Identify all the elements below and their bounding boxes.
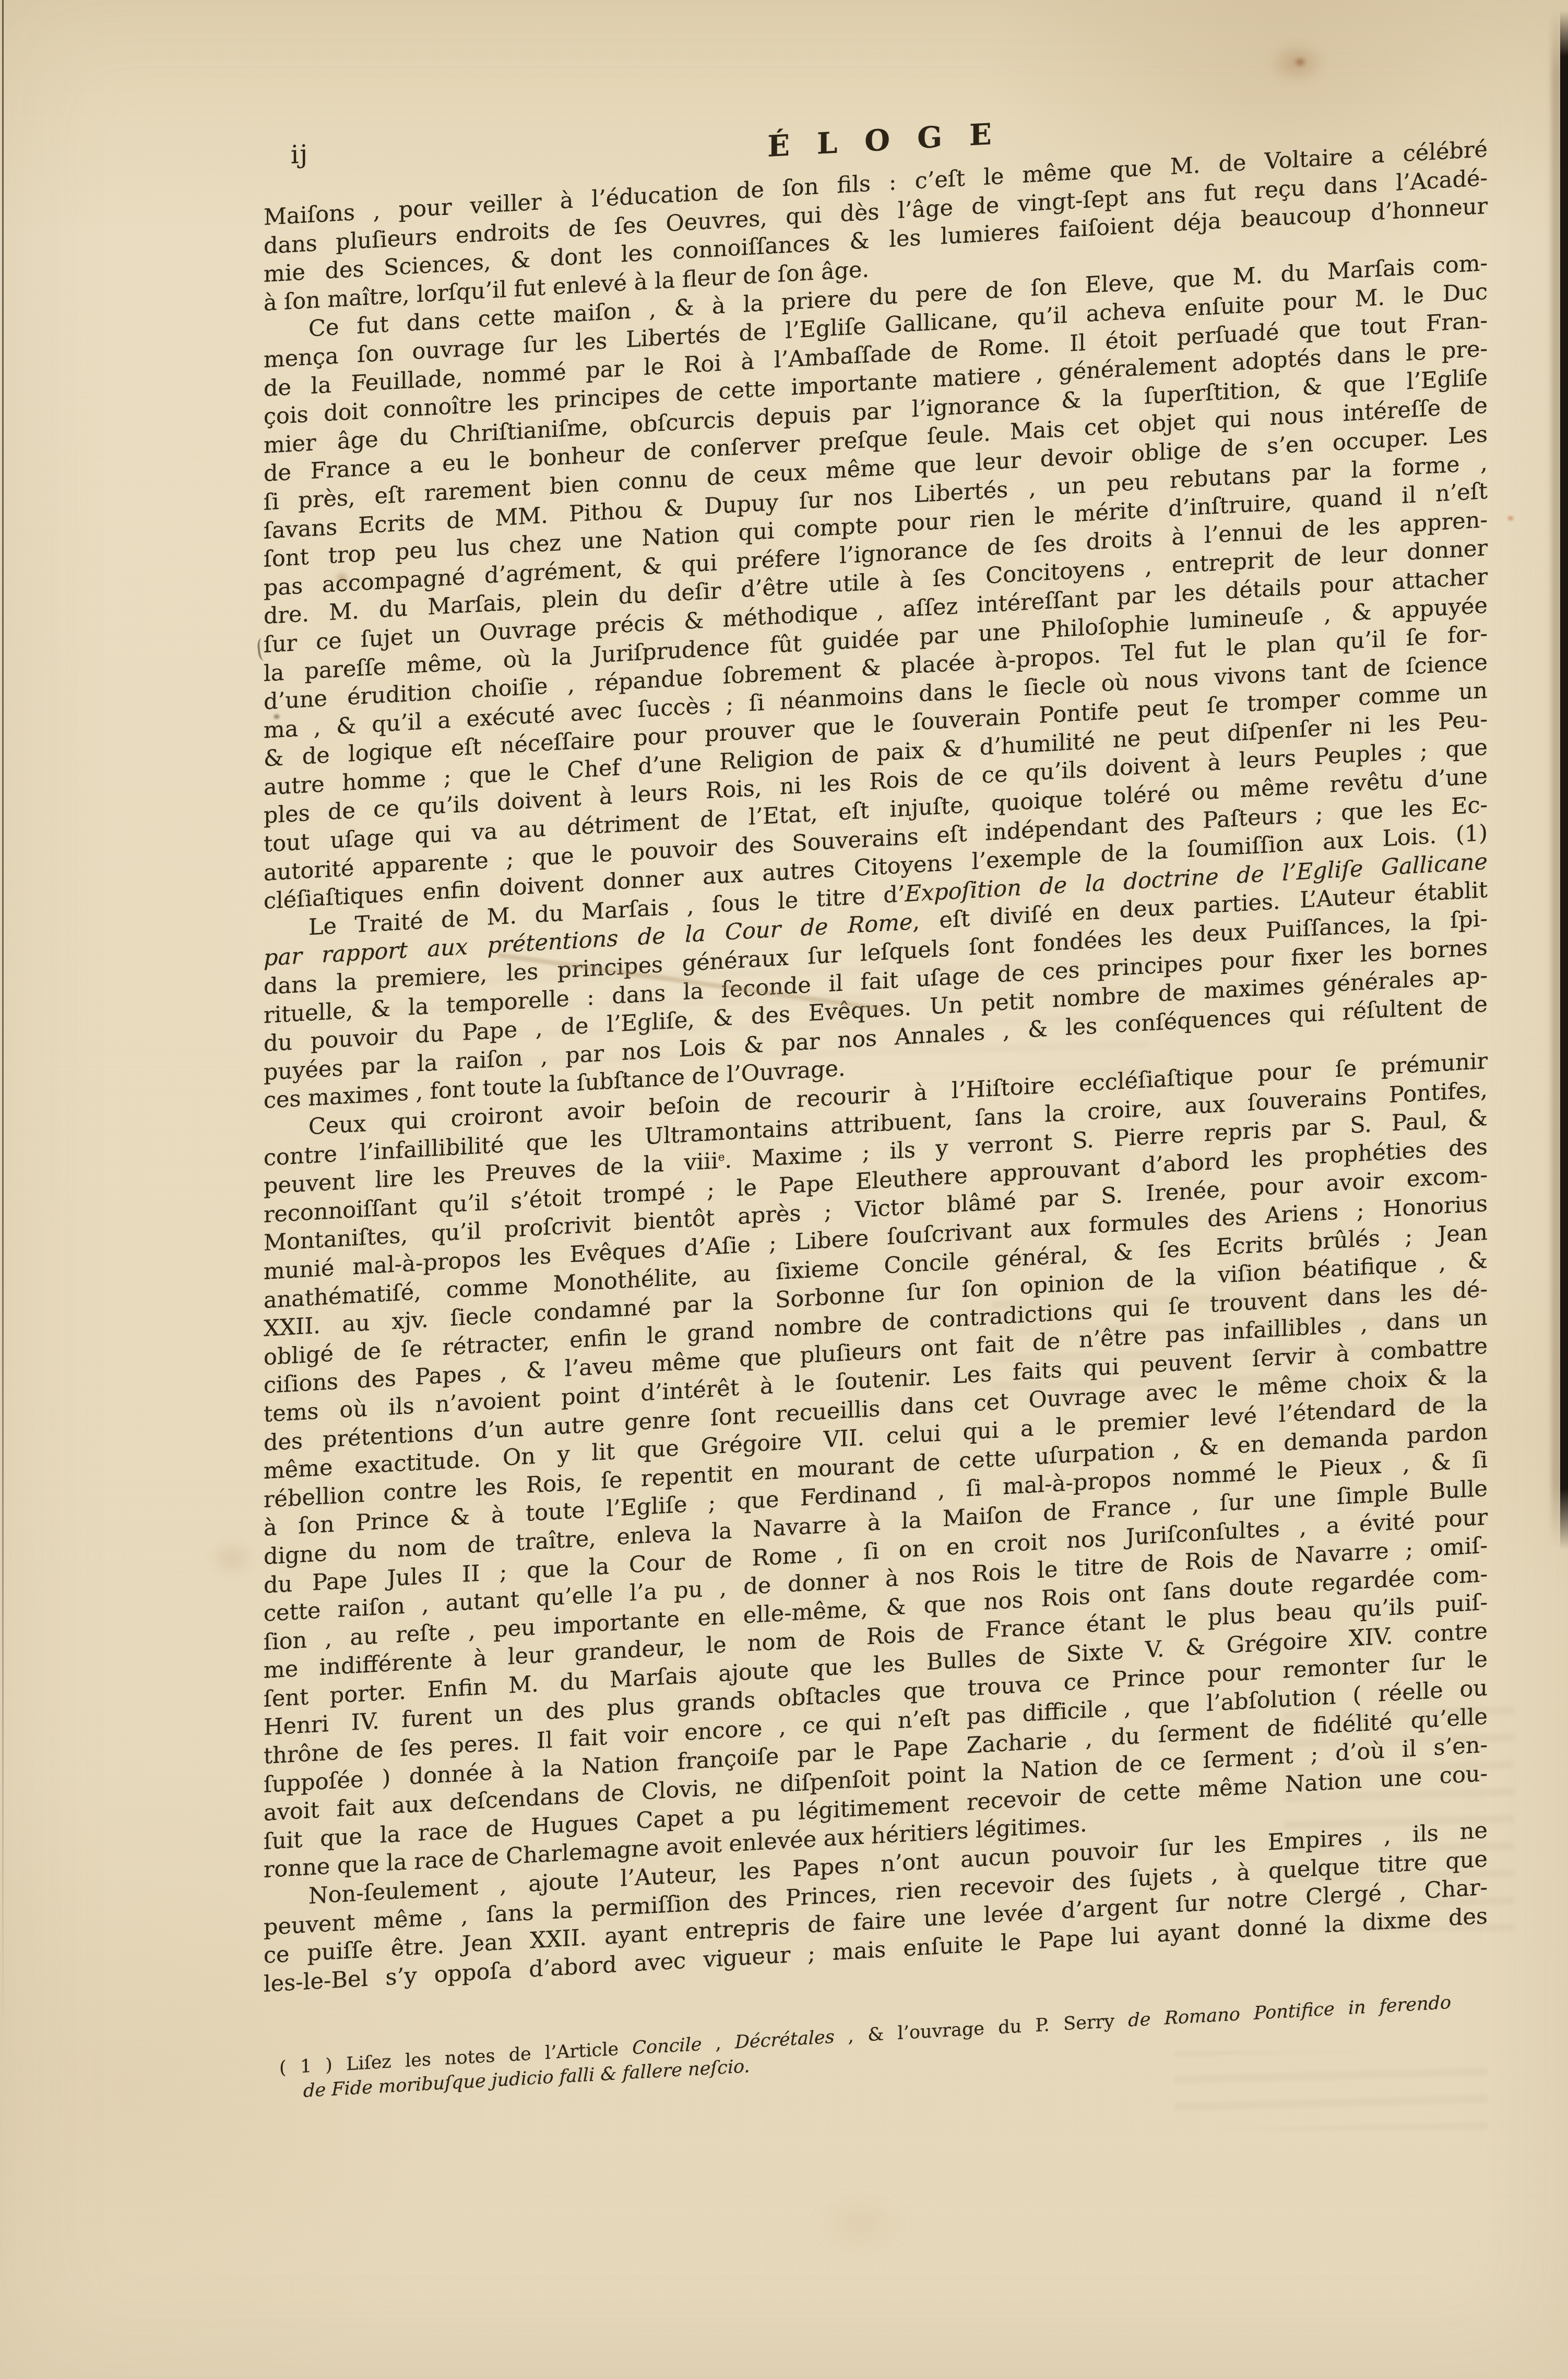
page-edge-shadow bbox=[1560, 10, 1568, 1550]
ink-fleck bbox=[1506, 515, 1515, 522]
stain bbox=[209, 1540, 256, 1576]
ink-blot bbox=[1293, 56, 1307, 68]
scan-edge-line bbox=[2, 0, 4, 2036]
printed-content: ij ÉLOGE Maiſons , pour veiller à l’éduc… bbox=[264, 73, 1495, 2106]
paragraph: Ce fut dans cette maiſon , & à la priere… bbox=[264, 249, 1488, 916]
body-text: Maiſons , pour veiller à l’éducation de … bbox=[264, 135, 1488, 1999]
stain bbox=[1268, 42, 1326, 84]
stain bbox=[814, 2192, 908, 2255]
footnote: ( 1 ) Liſez les notes de l’Article Conci… bbox=[279, 1991, 1451, 2106]
page-scan: ij ÉLOGE Maiſons , pour veiller à l’éduc… bbox=[0, 0, 1568, 2379]
paragraph: Ceux qui croiront avoir beſoin de recour… bbox=[264, 1047, 1488, 1885]
show-through-smudge bbox=[1174, 2051, 1488, 2130]
